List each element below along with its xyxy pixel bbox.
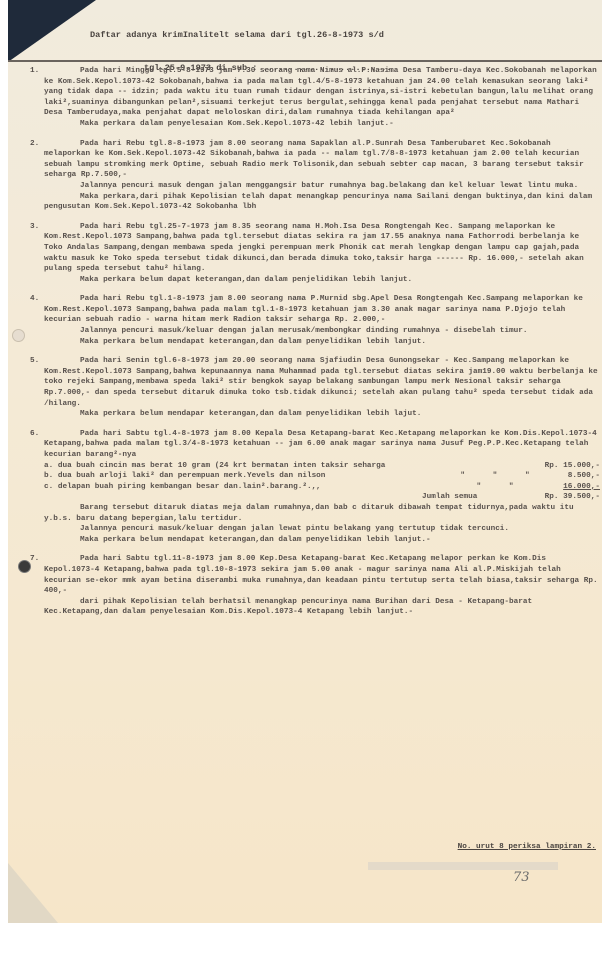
item-desc: c. delapan buah piring kembangan besar d… bbox=[44, 482, 460, 493]
entry-paragraph: Jalannya pencuri masuk/keluar dengan jal… bbox=[44, 524, 600, 535]
report-entry: 3.Pada hari Rebu tgl.25-7-1973 jam 8.35 … bbox=[30, 222, 600, 286]
punch-hole-icon bbox=[12, 329, 25, 342]
faded-stamp bbox=[368, 862, 558, 870]
entry-paragraph: Maka perkara belum mendapar keterangan,d… bbox=[44, 409, 600, 420]
entry-number: 7. bbox=[30, 554, 39, 565]
entry-paragraph: Pada hari Rebu tgl.25-7-1973 jam 8.35 se… bbox=[44, 222, 600, 275]
entry-number: 1. bbox=[30, 66, 39, 77]
report-entry: 1.Pada hari Minggu tgl.5-8-1973 jam 7.30… bbox=[30, 66, 600, 130]
report-entry: 4.Pada hari Rebu tgl.1-8-1973 jam 8.00 s… bbox=[30, 294, 600, 347]
report-entry: 7.Pada hari Sabtu tgl.11-8-1973 jam 8.00… bbox=[30, 554, 600, 618]
entry-paragraph: dari pihak Kepolisian telah berhatsil me… bbox=[44, 597, 600, 618]
stolen-item-row: a. dua buah cincin mas berat 10 gram (24… bbox=[44, 461, 600, 472]
footer-note: No. urut 8 periksa lampiran 2. bbox=[458, 843, 596, 851]
scan-corner-shadow bbox=[8, 0, 96, 62]
report-entry: 6.Pada hari Sabtu tgl.4-8-1973 jam 8.00 … bbox=[30, 429, 600, 546]
item-ditto: " " " bbox=[460, 471, 530, 482]
entry-number: 6. bbox=[30, 429, 39, 440]
header-divider bbox=[8, 60, 602, 62]
total-amount: Rp. 39.500,- bbox=[522, 492, 600, 503]
entry-paragraph: Pada hari Sabtu tgl.11-8-1973 jam 8.00 K… bbox=[44, 554, 600, 596]
item-amount: 16.000,- bbox=[530, 482, 600, 493]
entry-paragraph: Pada hari Rebu tgl.1-8-1973 jam 8.00 seo… bbox=[44, 294, 600, 326]
report-entry: 5.Pada hari Senin tgl.6-8-1973 jam 20.00… bbox=[30, 356, 600, 420]
entry-paragraph: Maka perkara belum dapat keterangan,dan … bbox=[44, 275, 600, 286]
entry-paragraph: Maka perkara belum mendapat keterangan,d… bbox=[44, 535, 600, 546]
report-entry: 2.Pada hari Rebu tgl.8-8-1973 jam 8.00 s… bbox=[30, 139, 600, 213]
entry-number: 4. bbox=[30, 294, 39, 305]
item-ditto: " " bbox=[460, 482, 530, 493]
title-line-1: Daftar adanya krimInalitelt selama dari … bbox=[90, 30, 510, 41]
entry-paragraph: Pada hari Sabtu tgl.4-8-1973 jam 8.00 Ke… bbox=[44, 429, 600, 461]
page-fold bbox=[8, 863, 58, 923]
item-amount: Rp. 15.000,- bbox=[530, 461, 600, 472]
total-label: Jumlah semua bbox=[422, 492, 522, 503]
item-ditto bbox=[460, 461, 530, 472]
entry-paragraph: Jalannya pencuri masuk dengan jalan meng… bbox=[44, 181, 600, 192]
entry-paragraph: Maka perkara dalam penyelesaian Kom.Sek.… bbox=[44, 119, 600, 130]
item-desc: a. dua buah cincin mas berat 10 gram (24… bbox=[44, 461, 460, 472]
entry-number: 5. bbox=[30, 356, 39, 367]
entry-number: 2. bbox=[30, 139, 39, 150]
item-desc: b. dua buah arloji laki² dan perempuan m… bbox=[44, 471, 460, 482]
item-amount: 8.500,- bbox=[530, 471, 600, 482]
total-row: Jumlah semuaRp. 39.500,- bbox=[44, 492, 600, 503]
entry-paragraph: Pada hari Minggu tgl.5-8-1973 jam 7.30 s… bbox=[44, 66, 600, 119]
crime-report-list: 1.Pada hari Minggu tgl.5-8-1973 jam 7.30… bbox=[30, 66, 600, 627]
stolen-item-row: b. dua buah arloji laki² dan perempuan m… bbox=[44, 471, 600, 482]
entry-number: 3. bbox=[30, 222, 39, 233]
entry-paragraph: Maka perkara,dari pihak Kepolisian telah… bbox=[44, 192, 600, 213]
entry-paragraph: Barang tersebut ditaruk diatas meja dala… bbox=[44, 503, 600, 524]
entry-paragraph: Pada hari Senin tgl.6-8-1973 jam 20.00 s… bbox=[44, 356, 600, 409]
document-page: Daftar adanya krimInalitelt selama dari … bbox=[8, 0, 602, 923]
entry-paragraph: Jalannya pencuri masuk/keluar dengan jal… bbox=[44, 326, 600, 337]
stolen-item-row: c. delapan buah piring kembangan besar d… bbox=[44, 482, 600, 493]
entry-paragraph: Maka perkara belum mendapat keterangan,d… bbox=[44, 337, 600, 348]
page-number: 73 bbox=[513, 870, 530, 885]
entry-paragraph: Pada hari Rebu tgl.8-8-1973 jam 8.00 seo… bbox=[44, 139, 600, 181]
